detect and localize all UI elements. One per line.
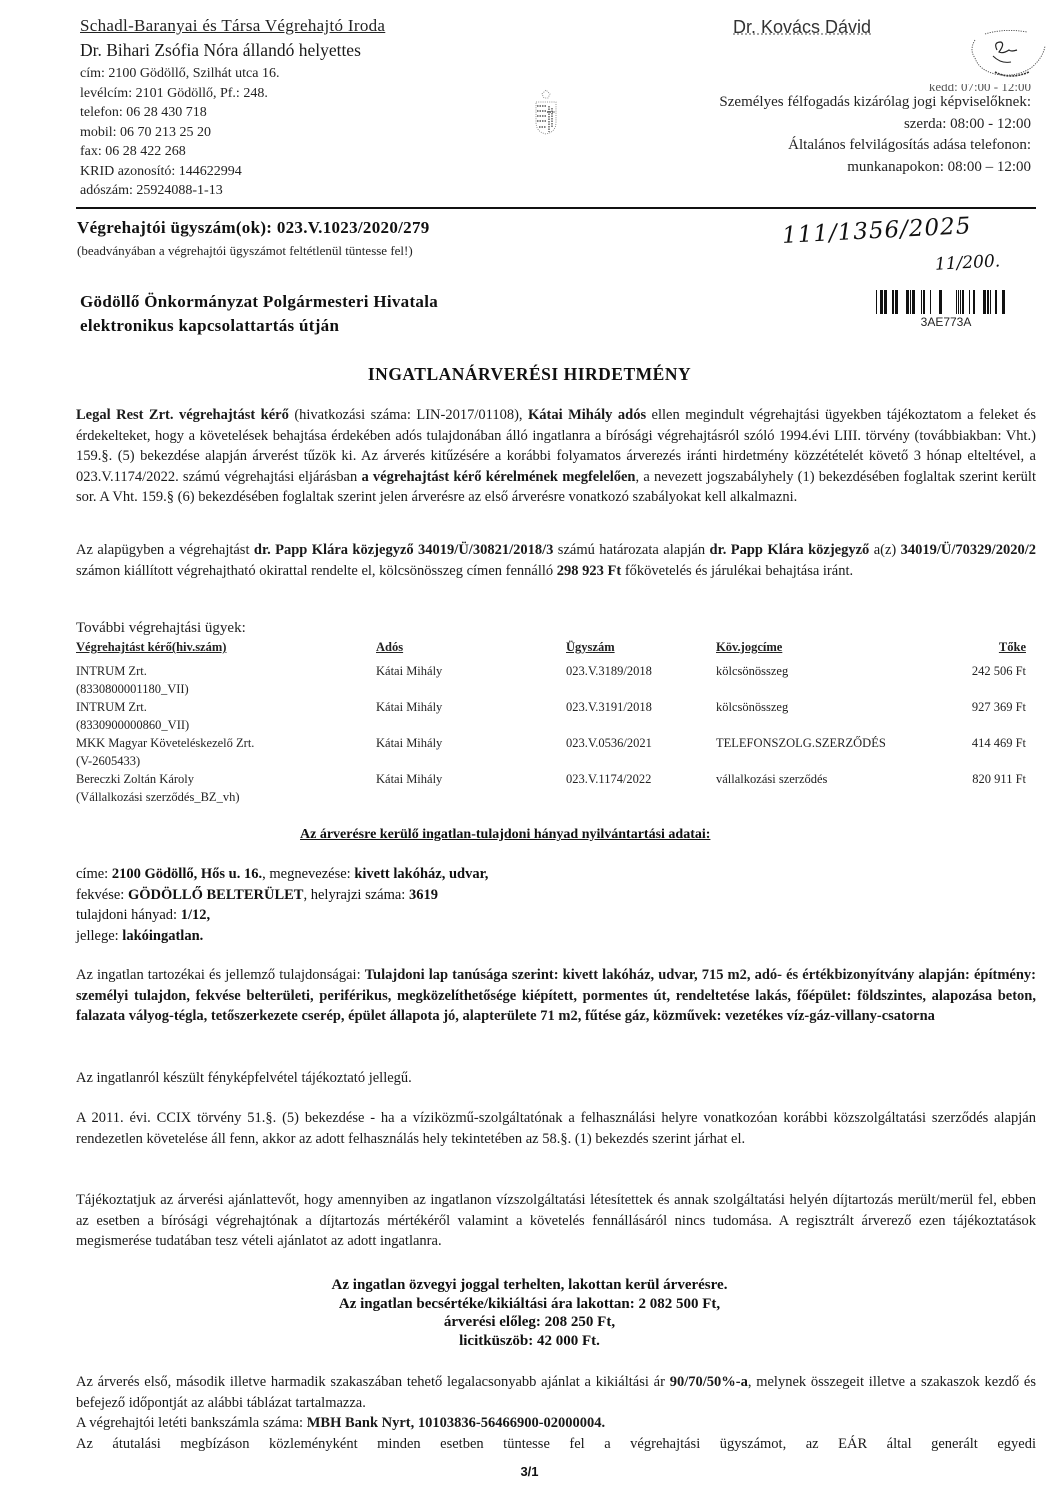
creditor-name: Legal Rest Zrt.: [76, 407, 174, 423]
contact-krid: KRID azonosító: 144622994: [80, 162, 279, 182]
debtor-cell: Kátai Mihály: [376, 735, 566, 771]
claim-type-cell: vállalkozási szerződés: [716, 771, 916, 807]
office-hours: kedd: 07:00 - 12:00 Személyes félfogadás…: [719, 84, 1031, 178]
header-divider: [76, 207, 1036, 209]
case-no-cell: 023.V.3189/2018: [566, 663, 716, 699]
debtor-cell-text: Kátai Mihály: [376, 771, 566, 789]
debtor-cell-text: Kátai Mihály: [376, 735, 566, 753]
terms-occupancy: Az ingatlan özvegyi joggal terhelten, la…: [0, 1276, 1059, 1295]
hours-wednesday: szerda: 08:00 - 12:00: [719, 114, 1031, 136]
principal-amount: 298 923 Ft: [557, 563, 621, 579]
contact-mail-address: levélcím: 2101 Gödöllő, Pf.: 248.: [80, 84, 279, 104]
water-law-paragraph: A 2011. évi. CCIX törvény 51.§. (5) beke…: [76, 1108, 1036, 1149]
property-section-title: Az árverésre kerülő ingatlan-tulajdoni h…: [300, 827, 710, 843]
contact-block: cím: 2100 Gödöllő, Szilhát utca 16. levé…: [80, 64, 279, 201]
principal-cell-text: 927 369 Ft: [916, 699, 1026, 717]
executor-name: Dr. Kovács Dávid: [733, 17, 871, 38]
debtor-cell-text: Kátai Mihály: [376, 663, 566, 681]
contact-tax-number: adószám: 25924088-1-13: [80, 181, 279, 201]
claim-type-cell-text: TELEFONSZOLG.SZERZŐDÉS: [716, 735, 916, 753]
stages-text-a: Az árverés első, második illetve harmadi…: [76, 1374, 670, 1390]
basis-text-c: a(z): [869, 542, 900, 558]
column-header-claim-type: Köv.jogcíme: [716, 640, 916, 663]
creditor-cell-text: MKK Magyar Követeléskezelő Zrt.: [76, 735, 376, 753]
terms-deposit: árverési előleg: 208 250 Ft,: [0, 1313, 1059, 1332]
claim-type-cell-text: kölcsönösszeg: [716, 663, 916, 681]
property-details: címe: 2100 Gödöllő, Hős u. 16., megnevez…: [76, 864, 488, 946]
principal-cell: 414 469 Ft: [916, 735, 1026, 771]
basis-bold-c: 34019/Ü/70329/2020/2: [901, 542, 1036, 558]
terms-starting-price: Az ingatlan becsértéke/kikiáltási ára la…: [0, 1295, 1059, 1314]
debtor-name: Kátai Mihály: [528, 407, 612, 423]
recipient-name: Gödöllő Önkormányzat Polgármesteri Hivat…: [80, 290, 438, 314]
table-row: MKK Magyar Követeléskezelő Zrt.(V-260543…: [76, 735, 1026, 771]
terms-bid-increment: licitküszöb: 42 000 Ft.: [0, 1332, 1059, 1351]
document-title: INGATLANÁRVERÉSI HIRDETMÉNY: [0, 364, 1059, 385]
other-cases-title: További végrehajtási ügyek:: [76, 620, 246, 637]
creditor-reference-number: (8330800001180_VII): [76, 681, 376, 699]
basis-paragraph: Az alapügyben a végrehajtást dr. Papp Kl…: [76, 540, 1036, 581]
property-location: GÖDÖLLŐ BELTERÜLET: [128, 887, 304, 903]
creditor-cell: INTRUM Zrt.(8330800001180_VII): [76, 663, 376, 699]
intro-bold-b: a végrehajtást kérő kérelmének megfelelő…: [361, 469, 635, 485]
property-name: kivett lakóház, udvar,: [354, 866, 488, 882]
case-number: Végrehajtói ügyszám(ok): 023.V.1023/2020…: [77, 218, 430, 238]
hours-phone-label: Általános felvilágosítás adása telefonon…: [719, 135, 1031, 157]
property-lot-number: 3619: [409, 887, 438, 903]
creditor-reference-number: (Vállalkozási szerződés_BZ_vh): [76, 789, 376, 807]
table-row: Bereczki Zoltán Károly(Vállalkozási szer…: [76, 771, 1026, 807]
basis-text-a: Az alapügyben a végrehajtást: [76, 542, 254, 558]
hours-workdays: munkanapokon: 08:00 – 12:00: [719, 157, 1031, 179]
creditor-cell-text: Bereczki Zoltán Károly: [76, 771, 376, 789]
lot-label: , helyrajzi száma:: [303, 887, 408, 903]
office-name: Schadl-Baranyai és Társa Végrehajtó Irod…: [80, 16, 385, 36]
bank-account: MBH Bank Nyrt, 10103836-56466900-0200000…: [307, 1415, 605, 1431]
deputy-name: Dr. Bihari Zsófia Nóra állandó helyettes: [80, 40, 361, 61]
debtor-role: adós: [618, 407, 646, 423]
barcode-text: 3AE773A: [876, 315, 1016, 329]
stages-paragraph: Az árverés első, második illetve harmadi…: [76, 1372, 1036, 1413]
claim-type-cell-text: vállalkozási szerződés: [716, 771, 916, 789]
creditor-cell-text: INTRUM Zrt.: [76, 663, 376, 681]
table-row: INTRUM Zrt.(8330800001180_VII)Kátai Mihá…: [76, 663, 1026, 699]
creditor-cell: Bereczki Zoltán Károly(Vállalkozási szer…: [76, 771, 376, 807]
property-type: lakóingatlan.: [122, 928, 203, 944]
property-share: 1/12,: [181, 907, 210, 923]
case-no-cell: 023.V.1174/2022: [566, 771, 716, 807]
debtor-cell: Kátai Mihály: [376, 663, 566, 699]
auction-terms: Az ingatlan özvegyi joggal terhelten, la…: [0, 1276, 1059, 1350]
debtor-cell-text: Kátai Mihály: [376, 699, 566, 717]
claim-type-cell: TELEFONSZOLG.SZERZŐDÉS: [716, 735, 916, 771]
claim-type-cell-text: kölcsönösszeg: [716, 699, 916, 717]
debtor-cell: Kátai Mihály: [376, 699, 566, 735]
principal-cell-text: 820 911 Ft: [916, 771, 1026, 789]
claim-type-cell: kölcsönösszeg: [716, 699, 916, 735]
table-row: INTRUM Zrt.(8330900000860_VII)Kátai Mihá…: [76, 699, 1026, 735]
case-no-cell-text: 023.V.3189/2018: [566, 663, 716, 681]
principal-cell: 242 506 Ft: [916, 663, 1026, 699]
claim-type-cell: kölcsönösszeg: [716, 663, 916, 699]
creditor-reference: (hivatkozási száma: LIN-2017/01108),: [289, 407, 528, 423]
creditor-cell-text: INTRUM Zrt.: [76, 699, 376, 717]
principal-cell-text: 242 506 Ft: [916, 663, 1026, 681]
case-no-cell: 023.V.3191/2018: [566, 699, 716, 735]
creditor-reference-number: (V-2605433): [76, 753, 376, 771]
creditor-role: végrehajtást kérő: [179, 407, 289, 423]
creditor-reference-number: (8330900000860_VII): [76, 717, 376, 735]
case-no-cell-text: 023.V.0536/2021: [566, 735, 716, 753]
signature-stamp-icon: [965, 28, 1050, 88]
property-share-line: tulajdoni hányad: 1/12,: [76, 905, 488, 926]
contact-fax: fax: 06 28 422 268: [80, 142, 279, 162]
transfer-line: Az átutalási megbízáson közleményként mi…: [76, 1434, 1036, 1455]
name-label: , megnevezése:: [262, 866, 354, 882]
hungarian-coat-of-arms-icon: [532, 88, 560, 136]
recipient-delivery: elektronikus kapcsolattartás útján: [80, 314, 438, 338]
share-label: tulajdoni hányad:: [76, 907, 181, 923]
principal-cell: 927 369 Ft: [916, 699, 1026, 735]
contact-address: cím: 2100 Gödöllő, Szilhát utca 16.: [80, 64, 279, 84]
photo-note: Az ingatlanról készült fényképfelvétel t…: [76, 1068, 1036, 1089]
basis-bold-a: dr. Papp Klára közjegyző 34019/Ü/30821/2…: [254, 542, 553, 558]
contact-phone: telefon: 06 28 430 718: [80, 103, 279, 123]
principal-cell-text: 414 469 Ft: [916, 735, 1026, 753]
hours-personal-label: Személyes félfogadás kizárólag jogi képv…: [719, 92, 1031, 114]
barcode-icon: [876, 290, 1016, 314]
table-header-row: Végrehajtást kérő(hiv.szám) Adós Ügyszám…: [76, 640, 1026, 663]
type-label: jellege:: [76, 928, 122, 944]
page-number: 3/1: [0, 1464, 1059, 1479]
basis-bold-b: dr. Papp Klára közjegyző: [710, 542, 870, 558]
column-header-debtor: Adós: [376, 640, 566, 663]
property-address-line: címe: 2100 Gödöllő, Hős u. 16., megnevez…: [76, 864, 488, 885]
stages-percentages: 90/70/50%-a: [670, 1374, 748, 1390]
case-no-cell: 023.V.0536/2021: [566, 735, 716, 771]
features-paragraph: Az ingatlan tartozékai és jellemző tulaj…: [76, 965, 1036, 1027]
basis-text-d: számon kiállított végrehajtható okiratta…: [76, 563, 557, 579]
bank-account-line: A végrehajtói letéti bankszámla száma: M…: [76, 1413, 1036, 1434]
recipient: Gödöllő Önkormányzat Polgármesteri Hivat…: [80, 290, 438, 338]
basis-text-e: főkövetelés és járulékai behajtása iránt…: [621, 563, 853, 579]
creditor-cell: MKK Magyar Követeléskezelő Zrt.(V-260543…: [76, 735, 376, 771]
address-label: címe:: [76, 866, 112, 882]
column-header-creditor: Végrehajtást kérő(hiv.szám): [76, 640, 376, 663]
basis-text-b: számú határozata alapján: [553, 542, 709, 558]
handwritten-reference: 111/1356/2025: [781, 213, 972, 249]
intro-paragraph: Legal Rest Zrt. végrehajtást kérő (hivat…: [76, 405, 1036, 508]
case-no-cell-text: 023.V.1174/2022: [566, 771, 716, 789]
property-location-line: fekvése: GÖDÖLLŐ BELTERÜLET, helyrajzi s…: [76, 885, 488, 906]
handwritten-sub-reference: 11/200.: [935, 251, 1001, 274]
case-no-cell-text: 023.V.3191/2018: [566, 699, 716, 717]
bank-label: A végrehajtói letéti bankszámla száma:: [76, 1415, 307, 1431]
bidder-info-paragraph: Tájékoztatjuk az árverési ajánlattevőt, …: [76, 1190, 1036, 1252]
property-address: 2100 Gödöllő, Hős u. 16.: [112, 866, 262, 882]
other-cases-table: Végrehajtást kérő(hiv.szám) Adós Ügyszám…: [76, 640, 1026, 807]
creditor-cell: INTRUM Zrt.(8330900000860_VII): [76, 699, 376, 735]
contact-mobile: mobil: 06 70 213 25 20: [80, 123, 279, 143]
principal-cell: 820 911 Ft: [916, 771, 1026, 807]
debtor-cell: Kátai Mihály: [376, 771, 566, 807]
property-type-line: jellege: lakóingatlan.: [76, 926, 488, 947]
location-label: fekvése:: [76, 887, 128, 903]
features-label: Az ingatlan tartozékai és jellemző tulaj…: [76, 967, 365, 983]
column-header-principal: Tőke: [916, 640, 1026, 663]
column-header-case-no: Ügyszám: [566, 640, 716, 663]
case-number-note: (beadványában a végrehajtói ügyszámot fe…: [77, 243, 413, 259]
